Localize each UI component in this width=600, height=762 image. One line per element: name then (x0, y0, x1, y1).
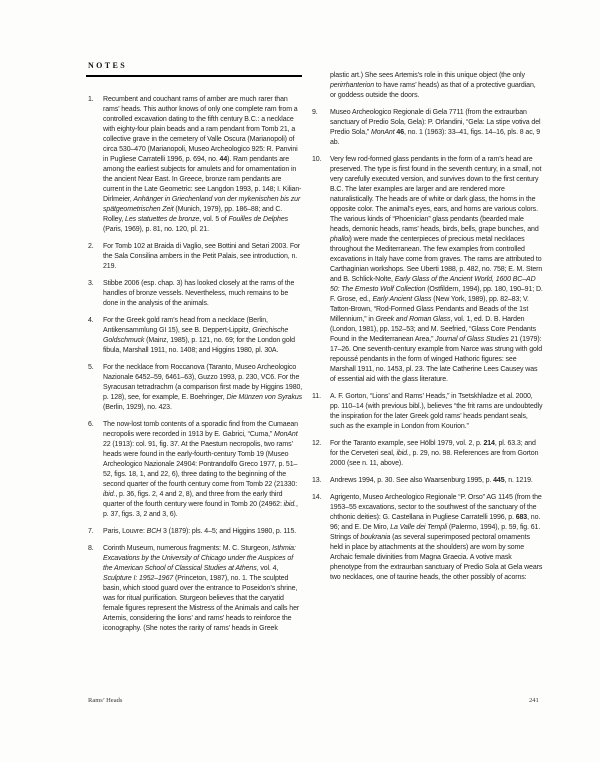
note-text: For the necklace from Roccanova (Taranto… (103, 363, 303, 413)
notes-column-right: plastic art.) She sees Artemis’s role in… (312, 71, 543, 583)
note-number: 9. (312, 108, 330, 148)
note-number: 12. (312, 439, 330, 469)
note-text: Very few rod-formed glass pendants in th… (330, 155, 543, 385)
note-number: 14. (312, 493, 330, 583)
note-item: 10.Very few rod-formed glass pendants in… (312, 155, 543, 385)
note-item: 9.Museo Archeologico Regionale di Gela 7… (312, 108, 543, 148)
book-page: NOTES 1.Recumbent and couchant rams of a… (0, 0, 600, 762)
note-text: For Tomb 102 at Braida di Vaglio, see Bo… (103, 242, 303, 272)
note-item: 4.For the Greek gold ram’s head from a n… (88, 316, 303, 356)
note-item: 14.Agrigento, Museo Archeologico Regiona… (312, 493, 543, 583)
notes-column-left: 1.Recumbent and couchant rams of amber a… (88, 95, 303, 634)
note-number: 13. (312, 476, 330, 486)
note-number: 5. (88, 363, 103, 413)
note-item: 1.Recumbent and couchant rams of amber a… (88, 95, 303, 235)
note-text: For the Taranto example, see Hölbl 1979,… (330, 439, 543, 469)
running-footer-section-title: Rams’ Heads (88, 697, 122, 704)
note-text: Recumbent and couchant rams of amber are… (103, 95, 303, 235)
heading-rule (86, 75, 302, 77)
note-number: 11. (312, 392, 330, 432)
note-number: 3. (88, 279, 103, 309)
note-number: 1. (88, 95, 103, 235)
note-text: For the Greek gold ram’s head from a nec… (103, 316, 303, 356)
page-number: 241 (529, 697, 539, 704)
note-item: plastic art.) She sees Artemis’s role in… (312, 71, 543, 101)
note-item: 13.Andrews 1994, p. 30. See also Waarsen… (312, 476, 543, 486)
note-text: Andrews 1994, p. 30. See also Waarsenbur… (330, 476, 543, 486)
note-text: plastic art.) She sees Artemis’s role in… (330, 71, 543, 101)
note-number: 7. (88, 527, 103, 537)
note-number: 2. (88, 242, 103, 272)
note-item: 5.For the necklace from Roccanova (Taran… (88, 363, 303, 413)
note-text: Paris, Louvre: BCH 3 (1879): pls. 4–5; a… (103, 527, 303, 537)
note-text: Museo Archeologico Regionale di Gela 771… (330, 108, 543, 148)
page-title: NOTES (88, 61, 127, 70)
note-item: 11.A. F. Gorton, “Lions’ and Rams’ Heads… (312, 392, 543, 432)
note-item: 6.The now-lost tomb contents of a sporad… (88, 420, 303, 520)
note-number: 6. (88, 420, 103, 520)
note-item: 7.Paris, Louvre: BCH 3 (1879): pls. 4–5;… (88, 527, 303, 537)
note-text: A. F. Gorton, “Lions’ and Rams’ Heads,” … (330, 392, 543, 432)
note-number: 10. (312, 155, 330, 385)
note-item: 3.Stibbe 2006 (esp. chap. 3) has looked … (88, 279, 303, 309)
note-text: Agrigento, Museo Archeologico Regionale … (330, 493, 543, 583)
note-text: The now-lost tomb contents of a sporadic… (103, 420, 303, 520)
note-text: Corinth Museum, numerous fragments: M. C… (103, 544, 303, 634)
note-item: 8.Corinth Museum, numerous fragments: M.… (88, 544, 303, 634)
note-number: 8. (88, 544, 103, 634)
note-number (312, 71, 330, 101)
note-item: 2.For Tomb 102 at Braida di Vaglio, see … (88, 242, 303, 272)
note-item: 12.For the Taranto example, see Hölbl 19… (312, 439, 543, 469)
note-number: 4. (88, 316, 103, 356)
note-text: Stibbe 2006 (esp. chap. 3) has looked cl… (103, 279, 303, 309)
